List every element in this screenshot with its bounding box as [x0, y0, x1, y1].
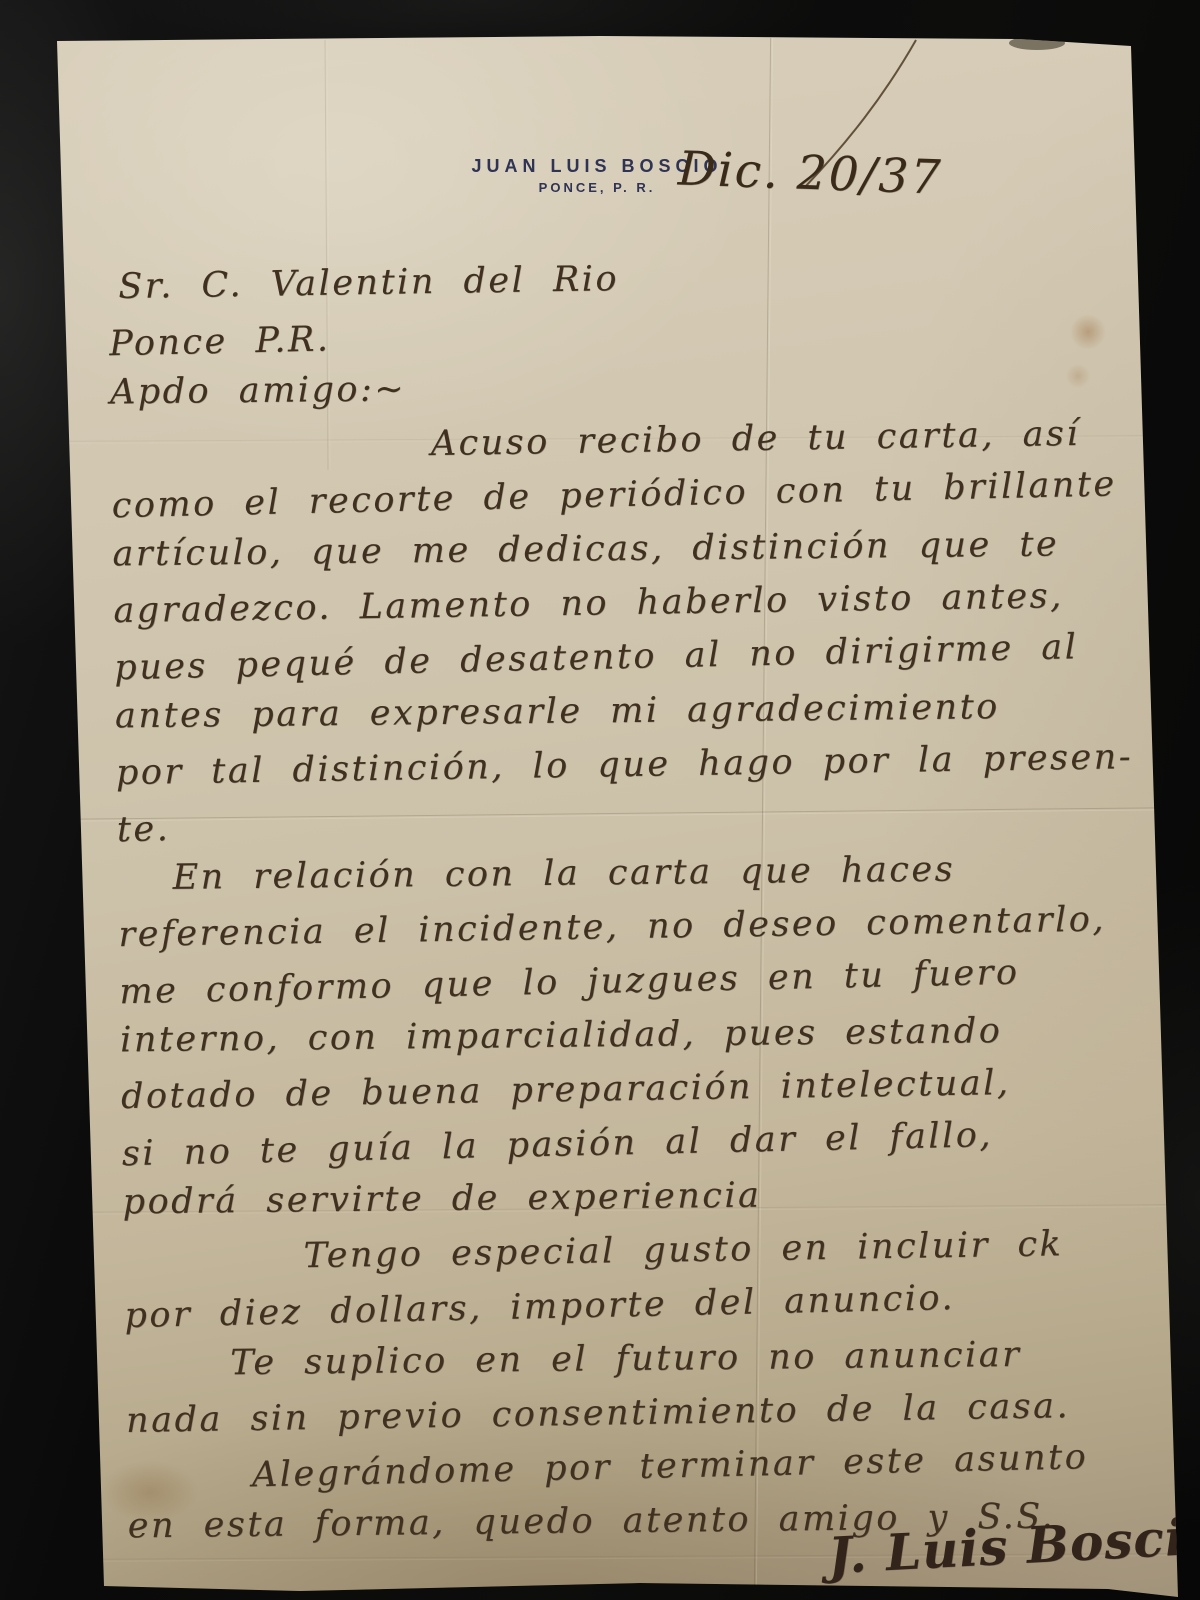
letter-body: Sr. C. Valentin del RioPonce P.R.Apdo am… — [108, 244, 1158, 1556]
handwritten-line: artículo, que me dedicas, distinción que… — [112, 517, 1143, 582]
handwritten-line: podrá servirte de experiencia — [122, 1165, 1153, 1230]
handwritten-date: Dic. 20/37 — [677, 141, 943, 205]
handwritten-line: interno, con imparcialidad, pues estando — [120, 1003, 1151, 1068]
handwritten-line: antes para expresarle mi agradecimiento — [115, 679, 1146, 744]
photo-stage: JUAN LUIS BOSCIO PONCE, P. R. Dic. 20/37… — [0, 0, 1200, 1600]
letter-paper: JUAN LUIS BOSCIO PONCE, P. R. Dic. 20/37… — [0, 0, 1200, 1600]
handwritten-line: En relación con la carta que haces — [117, 841, 1148, 906]
handwritten-line: Apdo amigo:~ — [110, 355, 1141, 420]
handwritten-line: Te suplico en el futuro no anunciar — [125, 1327, 1156, 1392]
